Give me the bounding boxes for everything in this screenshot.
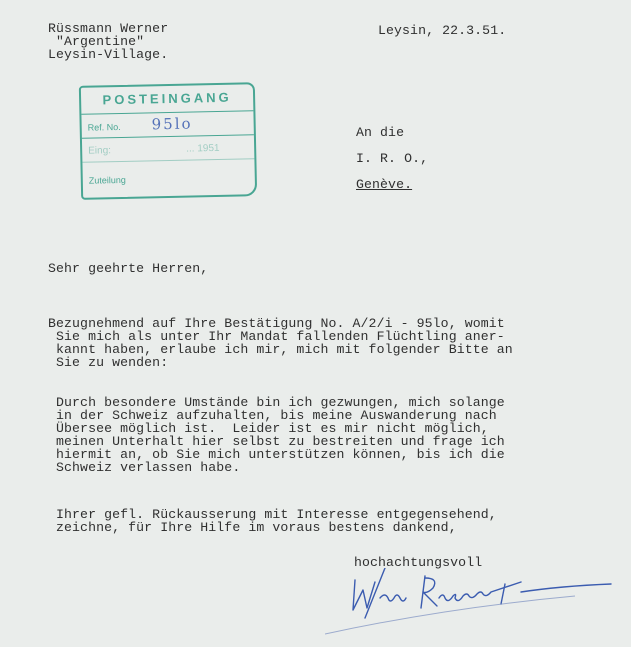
stamp-allocation-label: Zuteilung	[89, 175, 126, 186]
sender-town: Leysin-Village.	[48, 48, 168, 61]
stamp-received-row: Eing: ... 1951	[82, 134, 254, 163]
handwritten-signature	[325, 568, 625, 638]
stamp-received-date: ... 1951	[186, 135, 220, 164]
paragraph-request: Durch besondere Umstände bin ich gezwung…	[48, 396, 505, 474]
stamp-received-label: Eing:	[88, 145, 111, 156]
paragraph-line: Schweiz verlassen habe.	[48, 461, 505, 474]
receipt-stamp: POSTEINGANG Ref. No. 95lo Eing: ... 1951…	[79, 82, 257, 200]
recipient-line-2: I. R. O.,	[356, 146, 428, 172]
stamp-allocation-row: Zuteilung	[83, 164, 256, 194]
recipient-address: An dieI. R. O.,Genève.	[356, 120, 428, 198]
paragraph-reference: Bezugnehmend auf Ihre Bestätigung No. A/…	[48, 317, 513, 369]
place-date: Leysin, 22.3.51.	[378, 24, 506, 37]
recipient-line-1: An die	[356, 120, 428, 146]
recipient-line-3: Genève.	[356, 172, 428, 198]
paragraph-line: Sie zu wenden:	[48, 356, 513, 369]
letter-page: Rüssmann Werner"Argentine"Leysin-Village…	[0, 0, 631, 647]
stamp-ref-label: Ref. No.	[88, 122, 121, 133]
sender-address: Rüssmann Werner"Argentine"Leysin-Village…	[48, 22, 168, 61]
stamp-ref-number: 95lo	[151, 109, 192, 138]
paragraph-thanks: Ihrer gefl. Rückausserung mit Interesse …	[48, 508, 497, 534]
salutation: Sehr geehrte Herren,	[48, 262, 208, 275]
paragraph-line: zeichne, für Ihre Hilfe im voraus besten…	[48, 521, 497, 534]
